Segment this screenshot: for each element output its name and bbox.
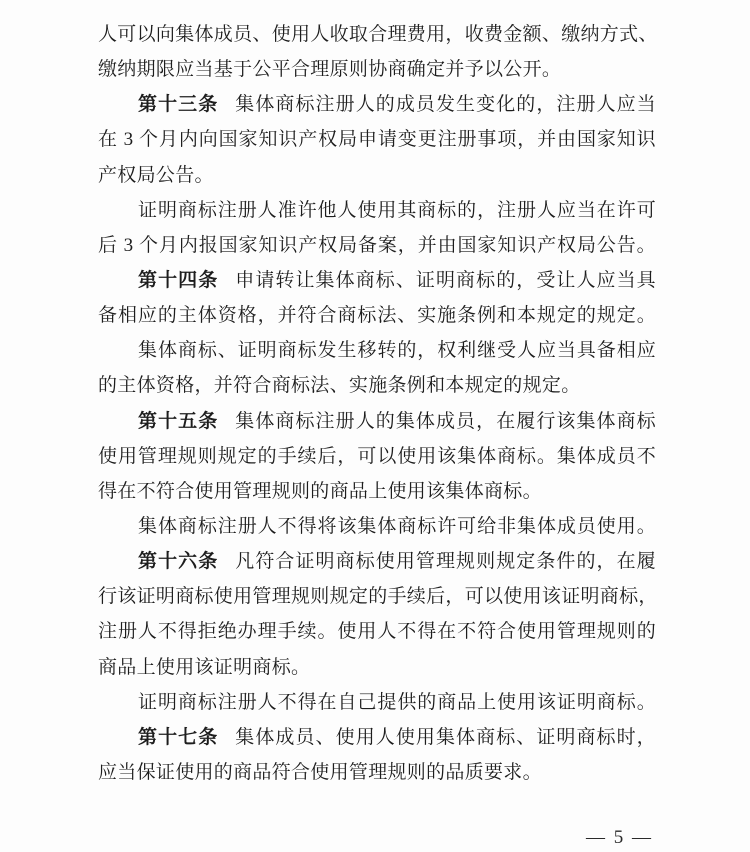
text-line: 证明商标注册人准许他人使用其商标的，注册人应当在许可 xyxy=(98,193,656,228)
text-line: 第十五条集体商标注册人的集体成员，在履行该集体商标 xyxy=(98,404,656,439)
text-line: 在 3 个月内向国家知识产权局申请变更注册事项，并由国家知识 xyxy=(98,122,656,157)
text-line: 备相应的主体资格，并符合商标法、实施条例和本规定的规定。 xyxy=(98,298,656,333)
text-line: 注册人不得拒绝办理手续。使用人不得在不符合使用管理规则的 xyxy=(98,614,656,649)
page-number: — 5 — xyxy=(586,826,653,850)
article-number: 第十七条 xyxy=(138,727,218,748)
text-line: 第十三条集体商标注册人的成员发生变化的，注册人应当 xyxy=(98,87,656,122)
text-line: 第十七条集体成员、使用人使用集体商标、证明商标时， xyxy=(98,720,656,755)
text-line: 第十六条凡符合证明商标使用管理规则规定条件的，在履 xyxy=(98,544,656,579)
text-line: 集体商标注册人不得将该集体商标许可给非集体成员使用。 xyxy=(98,509,656,544)
text-line: 产权局公告。 xyxy=(98,158,656,193)
article-number: 第十五条 xyxy=(138,411,218,432)
article-number: 第十三条 xyxy=(138,94,218,115)
text-line: 商品上使用该证明商标。 xyxy=(98,650,656,685)
text-line: 第十四条申请转让集体商标、证明商标的，受让人应当具 xyxy=(98,263,656,298)
article-text: 集体商标注册人的成员发生变化的，注册人应当 xyxy=(235,94,656,115)
text-line: 使用管理规则规定的手续后，可以使用该集体商标。集体成员不 xyxy=(98,439,656,474)
article-text: 集体成员、使用人使用集体商标、证明商标时， xyxy=(235,727,656,748)
text-line: 应当保证使用的商品符合使用管理规则的品质要求。 xyxy=(98,755,656,790)
article-text: 集体商标注册人的集体成员，在履行该集体商标 xyxy=(235,411,656,432)
text-line: 人可以向集体成员、使用人收取合理费用，收费金额、缴纳方式、 xyxy=(98,17,656,52)
article-number: 第十六条 xyxy=(138,551,218,572)
text-line: 后 3 个月内报国家知识产权局备案，并由国家知识产权局公告。 xyxy=(98,228,656,263)
text-line: 缴纳期限应当基于公平合理原则协商确定并予以公开。 xyxy=(98,52,656,87)
article-text: 申请转让集体商标、证明商标的，受让人应当具 xyxy=(235,270,656,291)
document-body: 人可以向集体成员、使用人收取合理费用，收费金额、缴纳方式、缴纳期限应当基于公平合… xyxy=(98,17,656,790)
article-text: 凡符合证明商标使用管理规则规定条件的，在履 xyxy=(235,551,656,572)
article-number: 第十四条 xyxy=(138,270,218,291)
document-page: { "document": { "lines": [ {"text": "人可以… xyxy=(0,0,750,852)
text-line: 集体商标、证明商标发生移转的，权利继受人应当具备相应 xyxy=(98,333,656,368)
text-line: 行该证明商标使用管理规则规定的手续后，可以使用该证明商标， xyxy=(98,579,656,614)
text-line: 得在不符合使用管理规则的商品上使用该集体商标。 xyxy=(98,474,656,509)
text-line: 证明商标注册人不得在自己提供的商品上使用该证明商标。 xyxy=(98,685,656,720)
text-line: 的主体资格，并符合商标法、实施条例和本规定的规定。 xyxy=(98,368,656,403)
